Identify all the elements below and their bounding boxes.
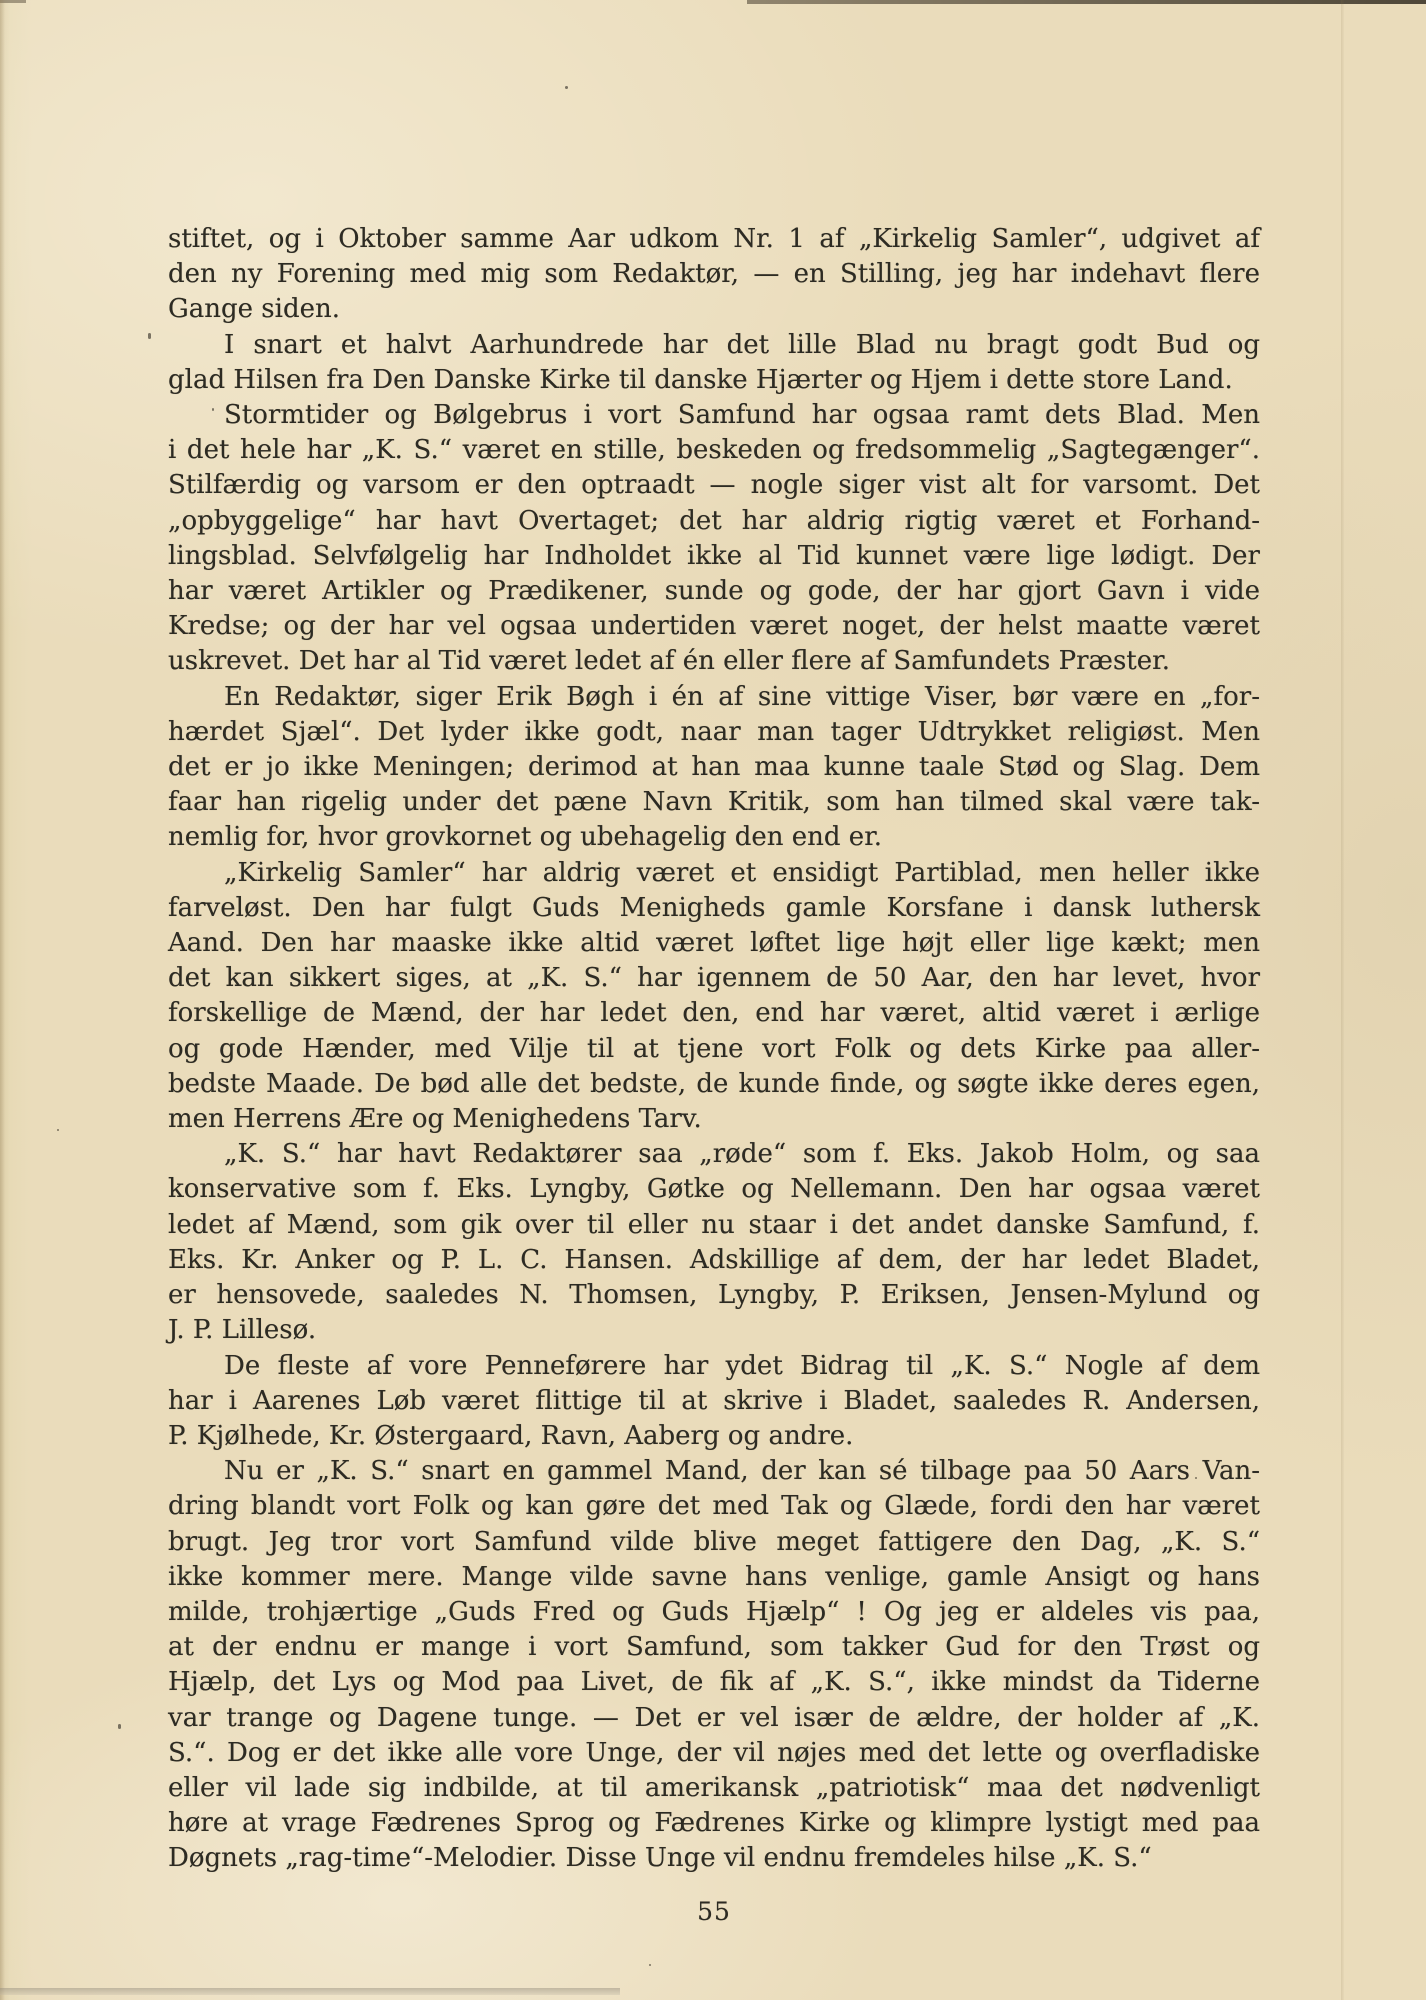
text-line: lingsblad. Selvfølgelig har Indholdet ik… — [168, 539, 1260, 574]
page-number: 55 — [168, 1897, 1260, 1926]
text-line: og gode Hænder, med Vilje til at tjene v… — [168, 1032, 1260, 1067]
text-line: De fleste af vore Penneførere har ydet B… — [168, 1349, 1260, 1384]
text-line: det kan sikkert siges, at „K. S.“ har ig… — [168, 961, 1260, 996]
text-line: forskellige de Mænd, der har ledet den, … — [168, 996, 1260, 1031]
text-line: hærdet Sjæl“. Det lyder ikke godt, naar … — [168, 715, 1260, 750]
dust-speck — [649, 1964, 651, 1966]
scanned-book-page: { "page": { "number": "55" }, "colors": … — [0, 0, 1426, 2000]
text-line: „Kirkelig Samler“ har aldrig været et en… — [168, 856, 1260, 891]
text-line: konservative som f. Eks. Lyngby, Gøtke o… — [168, 1172, 1260, 1207]
text-line: J. P. Lillesø. — [168, 1313, 1260, 1348]
text-line: stiftet, og i Oktober samme Aar udkom Nr… — [168, 222, 1260, 257]
text-line: Døgnets „rag-time“-Melodier. Disse Unge … — [168, 1841, 1260, 1876]
text-line: milde, trohjærtige „Guds Fred og Guds Hj… — [168, 1595, 1260, 1630]
text-line: uskrevet. Det har al Tid været ledet af … — [168, 644, 1260, 679]
text-line: ikke kommer mere. Mange vilde savne hans… — [168, 1560, 1260, 1595]
scan-edge-bottom — [0, 1988, 620, 1995]
text-line: „opbyggelige“ har havt Overtaget; det ha… — [168, 504, 1260, 539]
text-line: var trange og Dagene tunge. — Det er vel… — [168, 1701, 1260, 1736]
page-crease — [1341, 0, 1344, 2000]
text-line: nemlig for, hvor grovkornet og ubehageli… — [168, 820, 1260, 855]
text-line: er hensovede, saaledes N. Thomsen, Lyngb… — [168, 1278, 1260, 1313]
text-line: Kredse; og der har vel ogsaa undertiden … — [168, 609, 1260, 644]
text-line: det er jo ikke Meningen; derimod at han … — [168, 750, 1260, 785]
text-line: „K. S.“ har havt Redaktører saa „røde“ s… — [168, 1137, 1260, 1172]
text-line: dring blandt vort Folk og kan gøre det m… — [168, 1489, 1260, 1524]
text-line: i det hele har „K. S.“ været en stille, … — [168, 433, 1260, 468]
scan-edge-top — [747, 0, 1426, 4]
text-line: høre at vrage Fædrenes Sprog og Fædrenes… — [168, 1806, 1260, 1841]
text-line: Stilfærdig og varsom er den optraadt — n… — [168, 468, 1260, 503]
text-line: faar han rigelig under det pæne Navn Kri… — [168, 785, 1260, 820]
text-line: Nu er „K. S.“ snart en gammel Mand, der … — [168, 1454, 1260, 1489]
text-line: Eks. Kr. Anker og P. L. C. Hansen. Adski… — [168, 1243, 1260, 1278]
text-line: at der endnu er mange i vort Samfund, so… — [168, 1630, 1260, 1665]
text-line: ledet af Mænd, som gik over til eller nu… — [168, 1208, 1260, 1243]
text-line: P. Kjølhede, Kr. Østergaard, Ravn, Aaber… — [168, 1419, 1260, 1454]
text-line: Hjælp, det Lys og Mod paa Livet, de fik … — [168, 1665, 1260, 1700]
dust-speck — [148, 333, 151, 339]
text-line: Stormtider og Bølgebrus i vort Samfund h… — [168, 398, 1260, 433]
text-line: har i Aarenes Løb været flittige til at … — [168, 1384, 1260, 1419]
text-line: I snart et halvt Aarhundrede har det lil… — [168, 328, 1260, 363]
scan-edge-left — [0, 0, 5, 2000]
text-line: Aand. Den har maaske ikke altid været lø… — [168, 926, 1260, 961]
text-line: bedste Maade. De bød alle det bedste, de… — [168, 1067, 1260, 1102]
text-line: En Redaktør, siger Erik Bøgh i én af sin… — [168, 680, 1260, 715]
text-line: har været Artikler og Prædikener, sunde … — [168, 574, 1260, 609]
page-text: stiftet, og i Oktober samme Aar udkom Nr… — [168, 222, 1260, 1877]
text-line: farveløst. Den har fulgt Guds Menigheds … — [168, 891, 1260, 926]
dust-speck — [57, 1129, 59, 1131]
text-line: den ny Forening med mig som Redaktør, — … — [168, 257, 1260, 292]
text-line: men Herrens Ære og Menighedens Tarv. — [168, 1102, 1260, 1137]
text-line: glad Hilsen fra Den Danske Kirke til dan… — [168, 363, 1260, 398]
dust-speck — [118, 1724, 121, 1729]
text-line: brugt. Jeg tror vort Samfund vilde blive… — [168, 1525, 1260, 1560]
text-line: eller vil lade sig indbilde, at til amer… — [168, 1771, 1260, 1806]
text-line: Gange siden. — [168, 292, 1260, 327]
dust-speck — [565, 86, 568, 89]
text-line: S.“. Dog er det ikke alle vore Unge, der… — [168, 1736, 1260, 1771]
